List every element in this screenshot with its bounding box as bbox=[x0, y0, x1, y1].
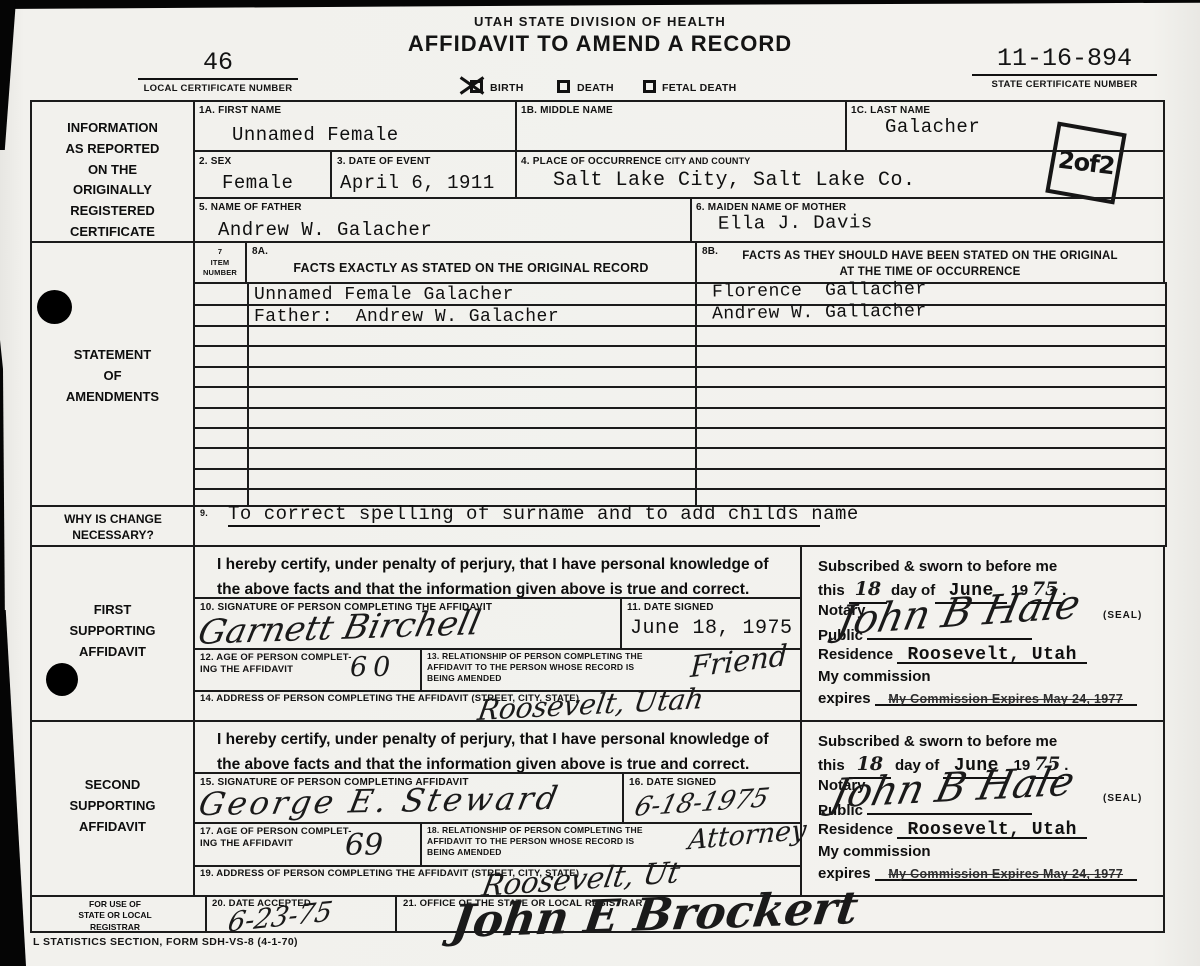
header-agency: UTAH STATE DIVISION OF HEALTH bbox=[0, 14, 1200, 29]
scan-artifact-top-edge bbox=[0, 0, 1200, 9]
notary-residence-line: Residence Roosevelt, Utah bbox=[818, 819, 1158, 841]
amendment-row-line bbox=[195, 345, 1165, 347]
facts-original-header-number: 8A. bbox=[252, 245, 268, 258]
amendment-row-line bbox=[195, 488, 1165, 490]
notary-residence-blank: Roosevelt, Utah bbox=[897, 644, 1087, 664]
notary-residence-label: Residence bbox=[818, 646, 893, 663]
death-checkbox bbox=[557, 80, 570, 93]
place-of-occurrence-label: 4. PLACE OF OCCURRENCE bbox=[521, 155, 662, 168]
notary-commission-label1: My commission bbox=[818, 666, 1158, 688]
amendment-original-value: Father: Andrew W. Galacher bbox=[254, 307, 559, 327]
amendment-row-line bbox=[195, 407, 1165, 409]
facts-original-header-heading: FACTS EXACTLY AS STATED ON THE ORIGINAL … bbox=[245, 260, 697, 276]
father-name-label: 5. NAME OF FATHER bbox=[199, 201, 302, 214]
notary-commission-stamp: My Commission Expires May 24, 1977 bbox=[888, 867, 1123, 881]
first-age-value: 60 bbox=[350, 652, 396, 683]
first-age-label: 12. AGE OF PERSON COMPLET- ING THE AFFID… bbox=[200, 652, 352, 677]
place-of-occurrence-value: Salt Lake City, Salt Lake Co. bbox=[553, 169, 916, 192]
facts-corrected-header-heading: FACTS AS THEY SHOULD HAVE BEEN STATED ON… bbox=[695, 248, 1165, 280]
date-of-event-value: April 6, 1911 bbox=[340, 172, 495, 194]
form-footer-text: L STATISTICS SECTION, FORM SDH-VS-8 (4-1… bbox=[33, 936, 298, 948]
why-change-answer-line: To correct spelling of surname and to ad… bbox=[228, 503, 820, 527]
first-relationship-label: 13. RELATIONSHIP OF PERSON COMPLETING TH… bbox=[427, 651, 643, 684]
notary-commission-line: expires My Commission Expires May 24, 19… bbox=[818, 688, 1158, 710]
notary-residence-line: Residence Roosevelt, Utah bbox=[818, 644, 1158, 666]
state-certificate-number: 11-16-894 STATE CERTIFICATE NUMBER bbox=[972, 44, 1157, 90]
sidebar-info-label: INFORMATION AS REPORTED ON THE ORIGINALL… bbox=[35, 118, 190, 243]
last-name-value: Galacher bbox=[885, 116, 980, 138]
first-date-signed-label: 11. DATE SIGNED bbox=[627, 601, 714, 614]
birth-checkbox-label: BIRTH bbox=[490, 82, 524, 94]
sex-label: 2. SEX bbox=[199, 155, 231, 168]
amendments-item-divider bbox=[247, 284, 249, 505]
amendment-row-line bbox=[195, 386, 1165, 388]
why-change-item-number: 9. bbox=[200, 508, 208, 520]
notary-residence-value: Roosevelt, Utah bbox=[907, 645, 1077, 665]
mother-maiden-name-value: Ella J. Davis bbox=[718, 211, 873, 235]
place-of-occurrence-sublabel: CITY AND COUNTY bbox=[665, 156, 751, 168]
state-certificate-label: STATE CERTIFICATE NUMBER bbox=[972, 76, 1157, 90]
notary-expires-label: expires bbox=[818, 690, 871, 707]
item-number-header-label: 7 ITEM NUMBER bbox=[193, 247, 247, 279]
sex-value: Female bbox=[222, 172, 293, 194]
local-certificate-label: LOCAL CERTIFICATE NUMBER bbox=[138, 80, 298, 94]
death-checkbox-label: DEATH bbox=[577, 82, 614, 94]
sidebar-amendments-label: STATEMENT OF AMENDMENTS bbox=[35, 345, 190, 407]
local-certificate-number: 46 LOCAL CERTIFICATE NUMBER bbox=[138, 48, 298, 94]
sidebar-second-affidavit-label: SECOND SUPPORTING AFFIDAVIT bbox=[35, 775, 190, 837]
scan-artifact-left-bottom bbox=[0, 610, 26, 966]
middle-name-label: 1B. MIDDLE NAME bbox=[521, 104, 613, 117]
why-change-value: To correct spelling of surname and to ad… bbox=[228, 503, 859, 525]
second-signature-value: George E. Steward bbox=[196, 779, 564, 823]
second-relationship-label: 18. RELATIONSHIP OF PERSON COMPLETING TH… bbox=[427, 825, 643, 858]
second-notary-seal-label: (SEAL) bbox=[1103, 793, 1142, 804]
amendment-row-line bbox=[195, 468, 1165, 470]
notary-commission-line: expires My Commission Expires May 24, 19… bbox=[818, 863, 1158, 885]
scan-artifact-left-mid bbox=[0, 340, 5, 630]
notary-commission-stamp: My Commission Expires May 24, 1977 bbox=[888, 692, 1123, 706]
notary-sworn-line: Subscribed & sworn to before me bbox=[818, 731, 1158, 753]
father-name-value: Andrew W. Galacher bbox=[218, 219, 432, 241]
notary-commission-blank: My Commission Expires May 24, 1977 bbox=[875, 863, 1137, 881]
sidebar-registrar-label: FOR USE OF STATE OR LOCAL REGISTRAR bbox=[35, 899, 195, 933]
sidebar-first-affidavit-label: FIRST SUPPORTING AFFIDAVIT bbox=[35, 600, 190, 662]
second-age-value: 69 bbox=[345, 828, 383, 863]
amendment-row-line bbox=[195, 366, 1165, 368]
date-of-event-label: 3. DATE OF EVENT bbox=[337, 155, 431, 168]
fetal-death-checkbox bbox=[643, 80, 656, 93]
notary-commission-blank: My Commission Expires May 24, 1977 bbox=[875, 688, 1137, 706]
local-certificate-value: 46 bbox=[138, 48, 298, 80]
affidavit-scan-page: UTAH STATE DIVISION OF HEALTH AFFIDAVIT … bbox=[0, 0, 1200, 966]
amendment-row-line bbox=[195, 447, 1165, 449]
state-certificate-value: 11-16-894 bbox=[972, 44, 1157, 76]
first-date-signed-value: June 18, 1975 bbox=[630, 617, 793, 640]
notary-residence-label: Residence bbox=[818, 821, 893, 838]
notary-residence-blank: Roosevelt, Utah bbox=[897, 819, 1087, 839]
amendment-original-value: Unnamed Female Galacher bbox=[254, 285, 514, 305]
second-age-label: 17. AGE OF PERSON COMPLET- ING THE AFFID… bbox=[200, 826, 352, 851]
first-certify-text: I hereby certify, under penalty of perju… bbox=[193, 548, 802, 603]
notary-residence-value: Roosevelt, Utah bbox=[907, 820, 1077, 840]
second-certify-text: I hereby certify, under penalty of perju… bbox=[193, 723, 802, 778]
notary-commission-label1: My commission bbox=[818, 841, 1158, 863]
birth-check-mark bbox=[458, 74, 486, 98]
notary-sworn-line: Subscribed & sworn to before me bbox=[818, 556, 1158, 578]
notary-this-label: this bbox=[818, 582, 845, 599]
amendment-row-line bbox=[195, 427, 1165, 429]
notary-expires-label: expires bbox=[818, 865, 871, 882]
sidebar-why-label: WHY IS CHANGE NECESSARY? bbox=[33, 511, 193, 543]
first-notary-seal-label: (SEAL) bbox=[1103, 610, 1142, 621]
amendment-corrected-value: Florence Gallacher bbox=[712, 280, 927, 303]
first-name-value: Unnamed Female bbox=[232, 124, 399, 146]
amendment-corrected-value: Andrew W. Gallacher bbox=[712, 302, 927, 325]
fetal-death-checkbox-label: FETAL DEATH bbox=[662, 82, 736, 94]
first-name-label: 1A. FIRST NAME bbox=[199, 104, 281, 117]
amendments-column-divider bbox=[695, 284, 697, 505]
